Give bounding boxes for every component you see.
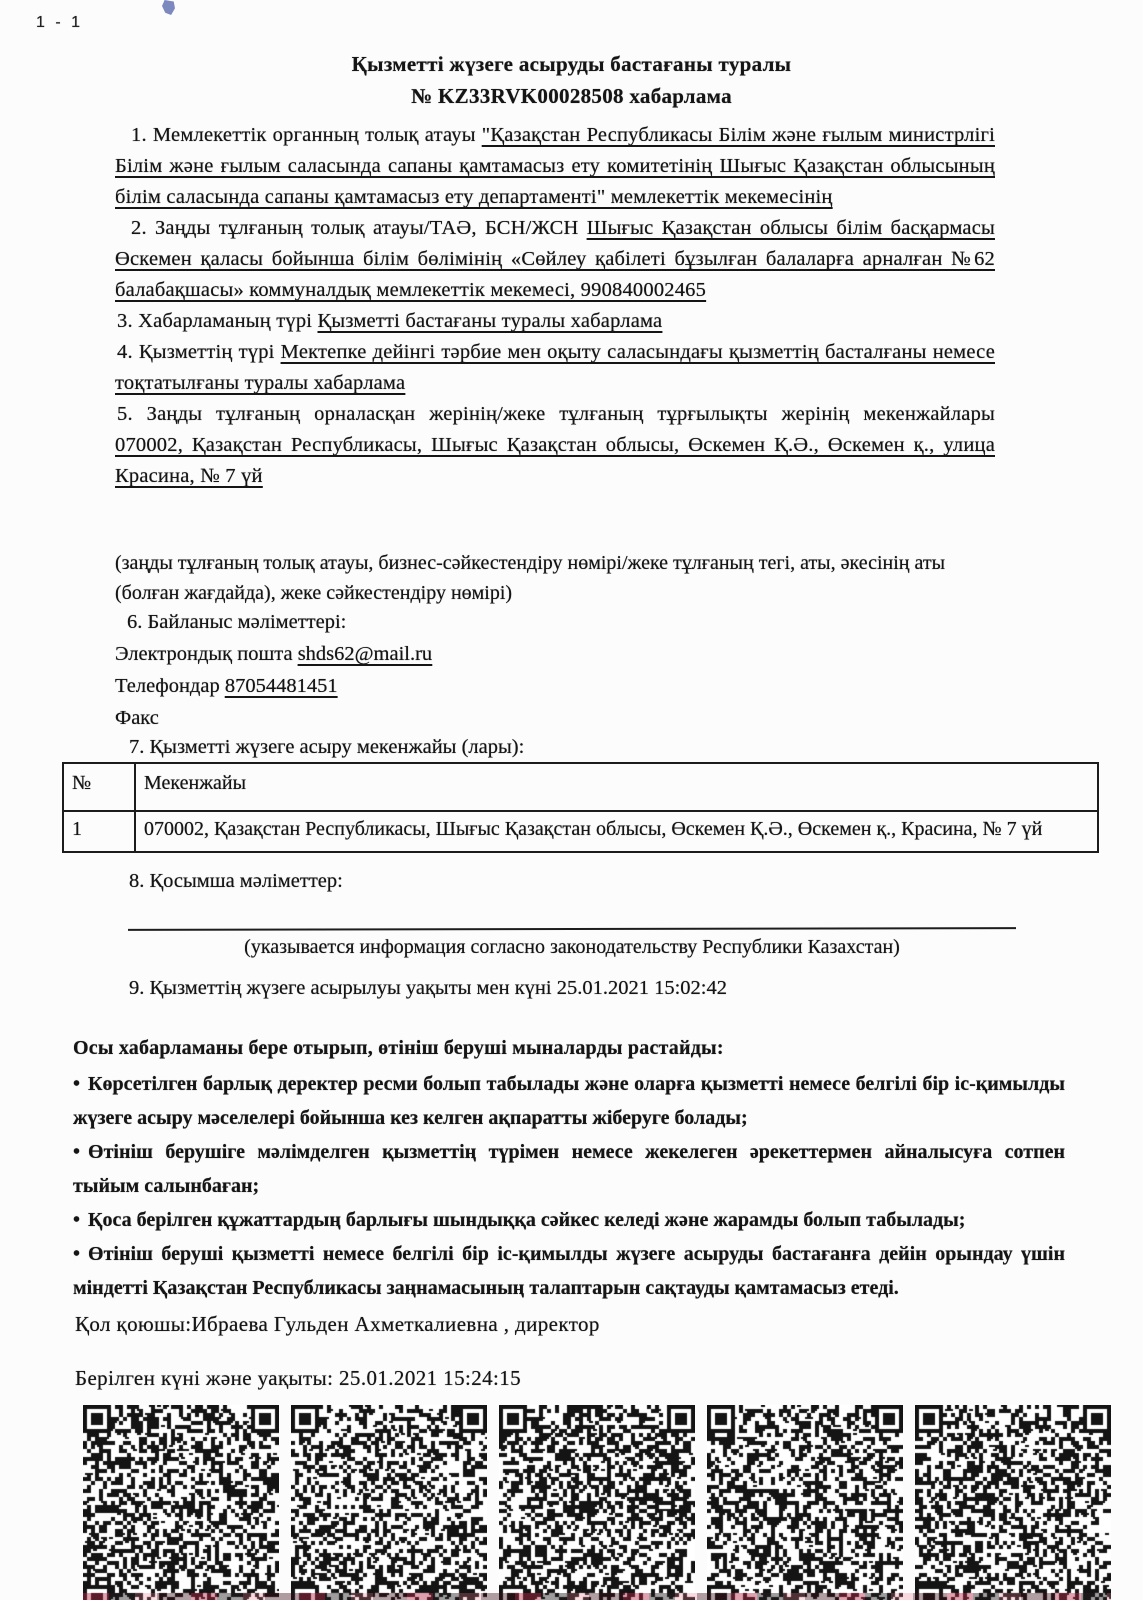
bullet-icon: • xyxy=(73,1073,88,1095)
field-legal-address-label: 5. Заңды тұлғаның орналасқан жерінің/жек… xyxy=(117,403,995,425)
email-value: shds62@mail.ru xyxy=(298,643,432,665)
confirmation-heading: Осы хабарламаны бере отырып, өтініш беру… xyxy=(73,1031,1065,1065)
qr-code-5 xyxy=(915,1405,1111,1600)
scanned-notification-document: 1 - 1 Қызметті жүзеге асыруды бастағаны … xyxy=(0,0,1143,1600)
email-row: Электрондық пошта shds62@mail.ru xyxy=(115,638,995,670)
service-datetime-label: 9. Қызметтің жүзеге асырылуы уақыты мен … xyxy=(129,977,557,999)
scan-artifact-strip xyxy=(83,1593,1111,1600)
confirmation-bullet-3-text: Қоса берілген құжаттардың барлығы шындық… xyxy=(88,1209,965,1231)
table-cell-num: 1 xyxy=(63,811,135,852)
table-row: 1 070002, Қазақстан Республикасы, Шығыс … xyxy=(63,811,1098,852)
service-datetime-row: 9. Қызметтің жүзеге асырылуы уақыты мен … xyxy=(115,977,995,1000)
bullet-icon: • xyxy=(73,1209,88,1231)
confirmation-bullet-1: •Көрсетілген барлық деректер ресми болып… xyxy=(73,1067,1065,1135)
qr-code-1 xyxy=(83,1405,279,1600)
service-datetime-value: 25.01.2021 15:02:42 xyxy=(557,977,727,999)
field-service-type-label: 4. Қызметтің түрі xyxy=(117,341,281,363)
table-header-num: № xyxy=(63,763,135,811)
page-number-label: 1 - 1 xyxy=(36,14,83,32)
numbered-fields-section: 1. Мемлекеттік органның толық атауы "Қаз… xyxy=(115,120,995,492)
confirmation-bullet-2: •Өтініш берушіге мәлімделген қызметтің т… xyxy=(73,1135,1065,1203)
qr-code-4 xyxy=(707,1405,903,1600)
signer-line: Қол қоюшы:Ибраева Гульден Ахметкалиевна … xyxy=(75,1312,600,1337)
document-title-line2: № KZ33RVK00028508 хабарлама xyxy=(0,80,1143,112)
confirmation-bullet-1-text: Көрсетілген барлық деректер ресми болып … xyxy=(73,1073,1065,1129)
field-authority-label: 1. Мемлекеттік органның толық атауы xyxy=(131,124,482,146)
qr-code-2 xyxy=(291,1405,487,1600)
field-legal-address-value: 070002, Қазақстан Республикасы, Шығыс Қа… xyxy=(115,434,995,487)
issued-datetime-line: Берілген күні және уақыты: 25.01.2021 15… xyxy=(75,1366,521,1391)
phone-row: Телефондар 87054481451 xyxy=(115,670,995,702)
table-header-address: Мекенжайы xyxy=(135,763,1098,811)
email-label: Электрондық пошта xyxy=(115,643,298,665)
fax-label: Факс xyxy=(115,707,159,729)
fax-row: Факс xyxy=(115,702,995,734)
confirmation-bullet-2-text: Өтініш берушіге мәлімделген қызметтің тү… xyxy=(73,1141,1065,1197)
contacts-section: 6. Байланыс мәліметтері: Электрондық пош… xyxy=(115,606,995,734)
legal-address-footnote: (заңды тұлғаның толық атауы, бизнес-сәйк… xyxy=(115,548,995,608)
document-title-line1: Қызметті жүзеге асыруды бастағаны туралы xyxy=(0,48,1143,80)
field-notification-type: 3. Хабарламаның түрі Қызметті бастағаны … xyxy=(115,306,995,337)
table-header-row: № Мекенжайы xyxy=(63,763,1098,811)
qr-code-3 xyxy=(499,1405,695,1600)
additional-info-rule xyxy=(128,927,1016,931)
field-legal-address: 5. Заңды тұлғаның орналасқан жерінің/жек… xyxy=(115,399,995,492)
field-authority-name: 1. Мемлекеттік органның толық атауы "Қаз… xyxy=(115,120,995,213)
field-service-type: 4. Қызметтің түрі Мектепке дейінгі тәрби… xyxy=(115,337,995,399)
field-notification-type-value: Қызметті бастағаны туралы хабарлама xyxy=(318,310,663,332)
blue-ink-mark-icon xyxy=(162,0,175,15)
confirmation-bullet-4-text: Өтініш беруші қызметті немесе белгілі бі… xyxy=(73,1243,1065,1299)
confirmation-section: Осы хабарламаны бере отырып, өтініш беру… xyxy=(73,1031,1065,1305)
additional-info-heading: 8. Қосымша мәліметтер: xyxy=(115,870,995,893)
confirmation-bullet-4: •Өтініш беруші қызметті немесе белгілі б… xyxy=(73,1237,1065,1305)
document-title: Қызметті жүзеге асыруды бастағаны туралы… xyxy=(0,48,1143,112)
field-notification-type-label: 3. Хабарламаның түрі xyxy=(117,310,318,332)
field-entity-label: 2. Заңды тұлғаның толық атауы/ТАӘ, БСН/Ж… xyxy=(131,217,587,239)
service-address-heading: 7. Қызметті жүзеге асыру мекенжайы (лары… xyxy=(115,736,995,759)
phone-label: Телефондар xyxy=(115,675,225,697)
contacts-heading: 6. Байланыс мәліметтері: xyxy=(115,606,995,638)
confirmation-bullet-3: •Қоса берілген құжаттардың барлығы шынды… xyxy=(73,1203,1065,1237)
field-entity-name: 2. Заңды тұлғаның толық атауы/ТАӘ, БСН/Ж… xyxy=(115,213,995,306)
qr-code-row xyxy=(83,1405,1111,1600)
bullet-icon: • xyxy=(73,1243,88,1265)
table-cell-address: 070002, Қазақстан Республикасы, Шығыс Қа… xyxy=(135,811,1098,852)
additional-info-footnote: (указывается информация согласно законод… xyxy=(128,936,1016,959)
phone-value: 87054481451 xyxy=(225,675,338,697)
bullet-icon: • xyxy=(73,1141,88,1163)
service-address-table: № Мекенжайы 1 070002, Қазақстан Республи… xyxy=(62,762,1099,853)
